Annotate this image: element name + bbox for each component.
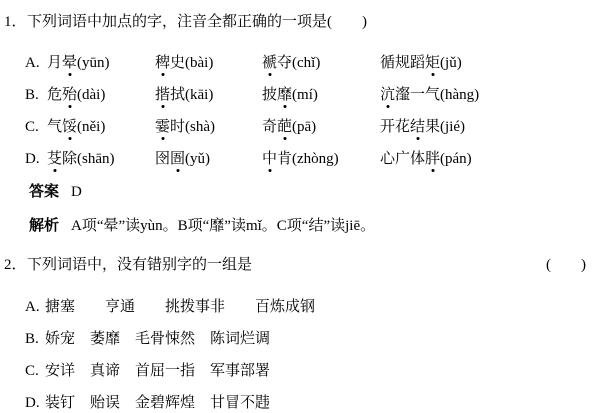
- option-row-a: A. 搪塞 亨通 挑拨事非 百炼成钢: [4, 291, 590, 323]
- option-row-b: B. 危殆(dài) 揩拭(kāi) 披靡(mí) 沆瀣一气(hàng): [4, 79, 590, 111]
- word-item: 奇葩(pā): [262, 111, 380, 143]
- question-1-options: A. 月晕(yūn) 稗史(bài) 褫夺(chǐ) 循规蹈矩(jǔ) B. 危…: [4, 47, 590, 175]
- question-2: 2． 下列词语中，没有错别字的一组是 ( ) A. 搪塞 亨通 挑拨事非 百炼成…: [4, 243, 590, 413]
- analysis-row: 解析 A项“晕”读yùn。B项“靡”读mǐ。C项“结”读jiē。: [4, 209, 590, 243]
- option-row-c: C. 气馁(něi) 霎时(shà) 奇葩(pā) 开花结果(jié): [4, 111, 590, 143]
- option-row-a: A. 月晕(yūn) 稗史(bài) 褫夺(chǐ) 循规蹈矩(jǔ): [4, 47, 590, 79]
- word-item: 霎时(shà): [155, 111, 262, 143]
- word-item: 陈词烂调: [210, 323, 270, 355]
- word-item: 军事部署: [210, 355, 270, 387]
- word-item: 开花结果(jié): [380, 111, 590, 143]
- word-item: 危殆(dài): [47, 79, 155, 111]
- option-label: B.: [25, 79, 47, 111]
- answer-label: 答案: [29, 175, 71, 209]
- word-item: 循规蹈矩(jǔ): [380, 47, 590, 79]
- word-item: 囹圄(yǔ): [155, 143, 262, 175]
- question-2-options: A. 搪塞 亨通 挑拨事非 百炼成钢 B. 娇宠 萎靡 毛骨悚然 陈词烂调 C.…: [4, 291, 590, 413]
- word-item: 金碧辉煌: [135, 387, 195, 413]
- word-item: 首屈一指: [135, 355, 195, 387]
- word-item: 萎靡: [90, 323, 120, 355]
- word-item: 贻误: [90, 387, 120, 413]
- option-label: A.: [25, 47, 47, 79]
- question-2-stem-wrap: 2． 下列词语中，没有错别字的一组是: [4, 243, 252, 287]
- word-item: 挑拨事非: [165, 291, 225, 323]
- option-label: A.: [25, 291, 45, 323]
- exam-page: 1． 下列词语中加点的字，注音全都正确的一项是( ) A. 月晕(yūn) 稗史…: [0, 0, 596, 413]
- question-1-header: 1． 下列词语中加点的字，注音全都正确的一项是( ): [4, 12, 590, 33]
- word-item: 心广体胖(pán): [380, 143, 590, 175]
- word-item: 披靡(mí): [262, 79, 380, 111]
- word-item: 褫夺(chǐ): [262, 47, 380, 79]
- word-item: 揩拭(kāi): [155, 79, 262, 111]
- word-item: 芟除(shān): [47, 143, 155, 175]
- word-item: 娇宠: [45, 323, 75, 355]
- word-item: 搪塞: [45, 291, 75, 323]
- question-2-stem: 下列词语中，没有错别字的一组是: [27, 243, 252, 287]
- word-item: 月晕(yūn): [47, 47, 155, 79]
- option-row-c: C. 安详 真谛 首屈一指 军事部署: [4, 355, 590, 387]
- word-item: 真谛: [90, 355, 120, 387]
- question-2-number: 2．: [4, 243, 27, 287]
- word-item: 甘冒不韪: [210, 387, 270, 413]
- word-item: 气馁(něi): [47, 111, 155, 143]
- word-item: 沆瀣一气(hàng): [380, 79, 590, 111]
- word-item: 亨通: [105, 291, 135, 323]
- word-item: 百炼成钢: [255, 291, 315, 323]
- word-item: 安详: [45, 355, 75, 387]
- word-item: 毛骨悚然: [135, 323, 195, 355]
- option-label: D.: [25, 387, 45, 413]
- word-item: 装钉: [45, 387, 75, 413]
- word-item: 稗史(bài): [155, 47, 262, 79]
- option-label: B.: [25, 323, 45, 355]
- question-1: 1． 下列词语中加点的字，注音全都正确的一项是( ) A. 月晕(yūn) 稗史…: [4, 12, 590, 243]
- question-2-header: 2． 下列词语中，没有错别字的一组是 ( ): [4, 243, 590, 287]
- option-label: C.: [25, 111, 47, 143]
- answer-blank-paren: ( ): [546, 243, 590, 287]
- analysis-label: 解析: [29, 209, 71, 243]
- word-item: 中肯(zhòng): [262, 143, 380, 175]
- option-label: D.: [25, 143, 47, 175]
- option-row-b: B. 娇宠 萎靡 毛骨悚然 陈词烂调: [4, 323, 590, 355]
- question-1-stem: 下列词语中加点的字，注音全都正确的一项是( ): [27, 12, 367, 33]
- answer-row: 答案 D: [4, 175, 590, 209]
- analysis-text: A项“晕”读yùn。B项“靡”读mǐ。C项“结”读jiē。: [71, 209, 375, 243]
- option-label: C.: [25, 355, 45, 387]
- option-row-d: D. 芟除(shān) 囹圄(yǔ) 中肯(zhòng) 心广体胖(pán): [4, 143, 590, 175]
- answer-value: D: [71, 175, 82, 209]
- option-row-d: D. 装钉 贻误 金碧辉煌 甘冒不韪: [4, 387, 590, 413]
- question-1-number: 1．: [4, 12, 27, 33]
